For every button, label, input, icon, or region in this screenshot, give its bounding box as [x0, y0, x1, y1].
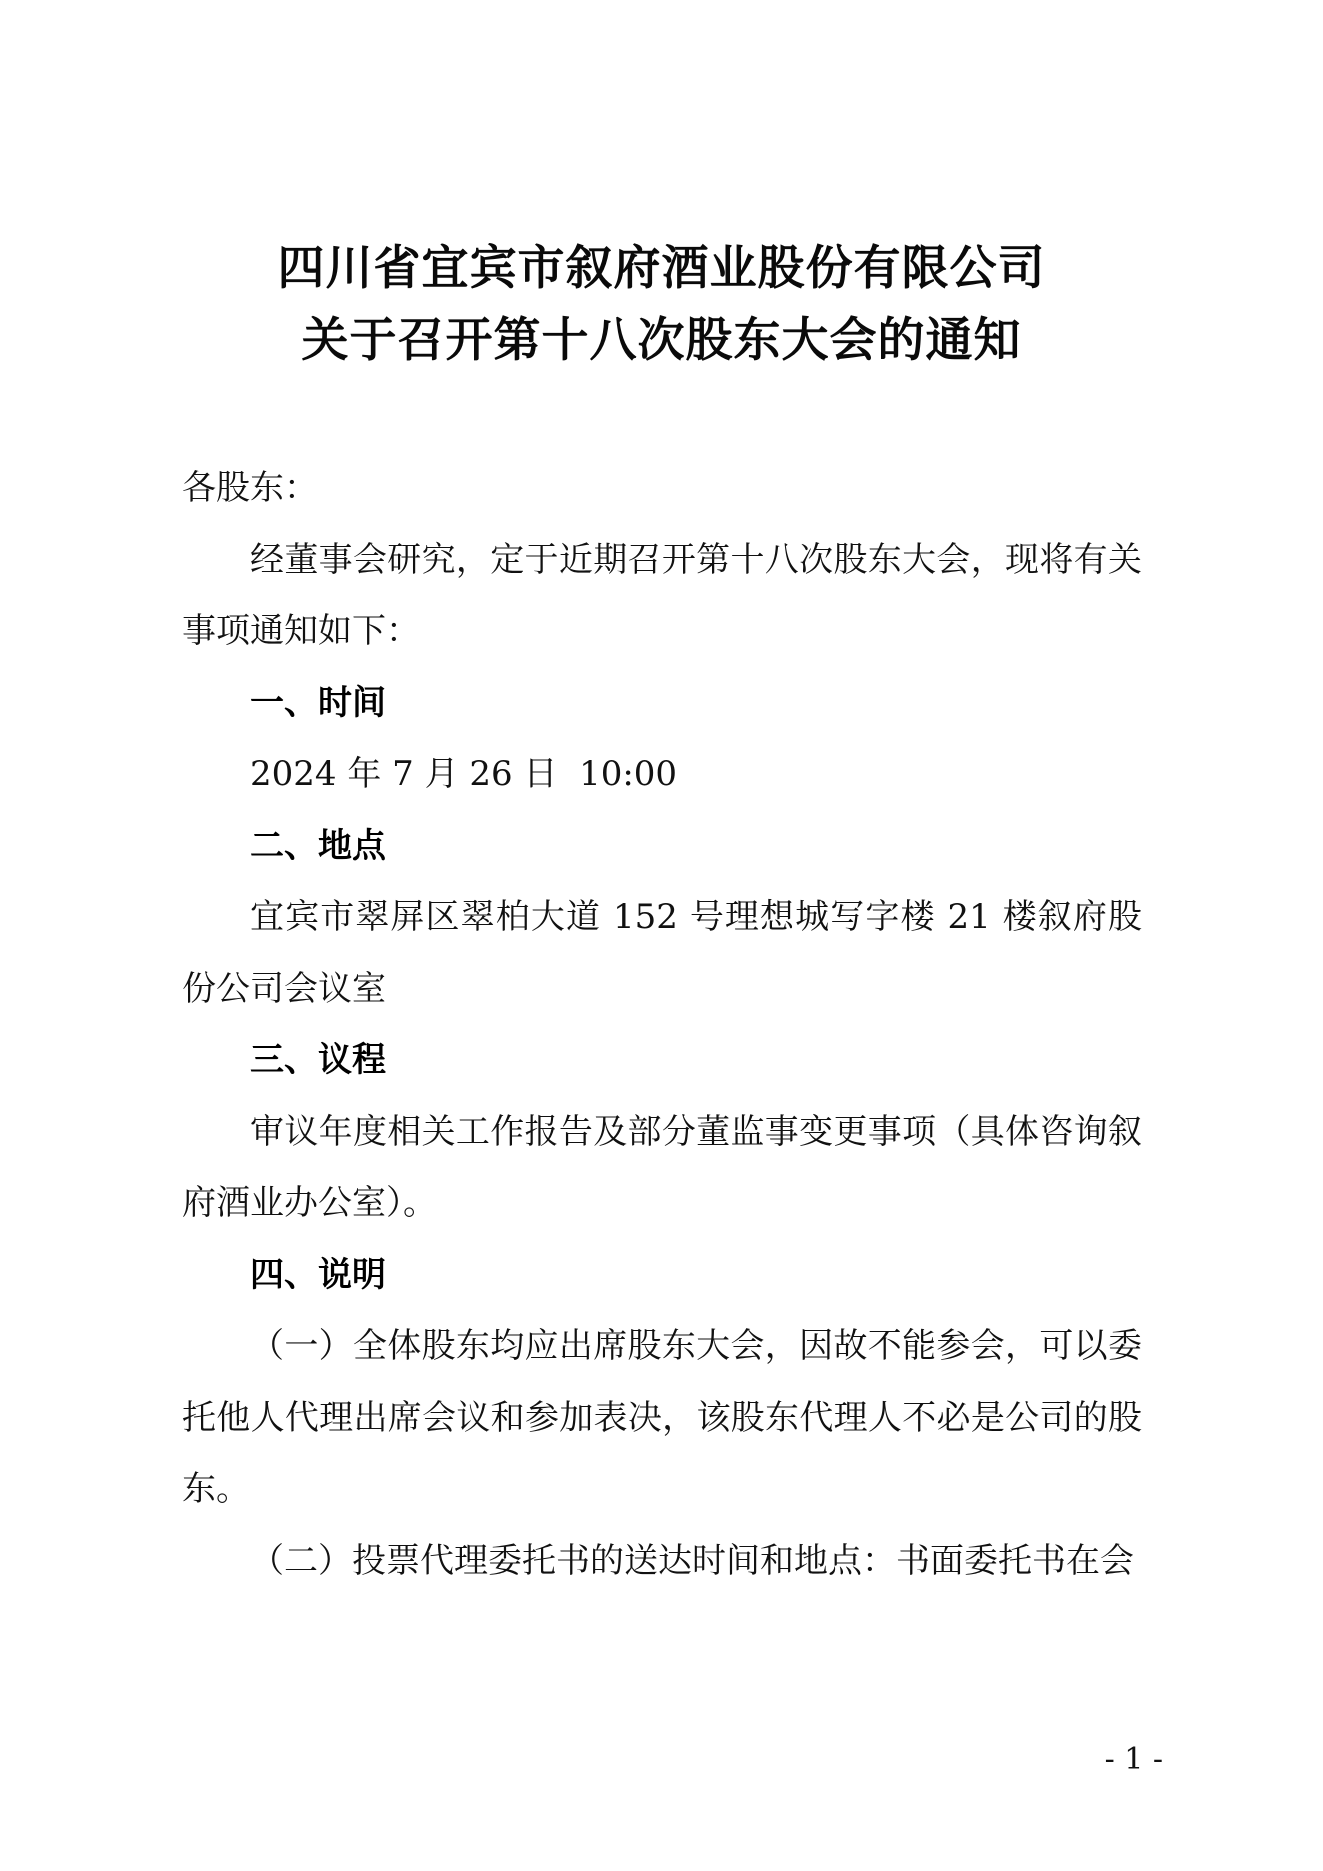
title-line-1: 四川省宜宾市叙府酒业股份有限公司 — [0, 233, 1323, 305]
note-paragraph-2: （二）投票代理委托书的送达时间和地点：书面委托书在会 — [182, 1526, 1142, 1598]
meeting-agenda: 审议年度相关工作报告及部分董监事变更事项（具体咨询叙府酒业办公室）。 — [182, 1097, 1142, 1240]
document-title: 四川省宜宾市叙府酒业股份有限公司 关于召开第十八次股东大会的通知 — [0, 0, 1323, 377]
document-page: 四川省宜宾市叙府酒业股份有限公司 关于召开第十八次股东大会的通知 各股东： 经董… — [0, 0, 1323, 1871]
section-heading-agenda: 三、议程 — [182, 1025, 1142, 1097]
note-paragraph-1: （一）全体股东均应出席股东大会，因故不能参会，可以委托他人代理出席会议和参加表决… — [182, 1311, 1142, 1526]
section-heading-notes: 四、说明 — [182, 1240, 1142, 1312]
section-heading-location: 二、地点 — [182, 811, 1142, 883]
page-footer: - 1 - — [1105, 1742, 1163, 1778]
salutation: 各股东： — [182, 453, 1142, 525]
meeting-datetime: 2024 年 7 月 26 日 10:00 — [182, 739, 1142, 811]
intro-paragraph: 经董事会研究，定于近期召开第十八次股东大会，现将有关事项通知如下： — [182, 525, 1142, 668]
document-body: 各股东： 经董事会研究，定于近期召开第十八次股东大会，现将有关事项通知如下： 一… — [182, 453, 1142, 1597]
title-line-2: 关于召开第十八次股东大会的通知 — [0, 305, 1323, 377]
page-number: - 1 - — [1105, 1742, 1163, 1777]
meeting-location: 宜宾市翠屏区翠柏大道 152 号理想城写字楼 21 楼叙府股份公司会议室 — [182, 882, 1142, 1025]
section-heading-time: 一、时间 — [182, 668, 1142, 740]
